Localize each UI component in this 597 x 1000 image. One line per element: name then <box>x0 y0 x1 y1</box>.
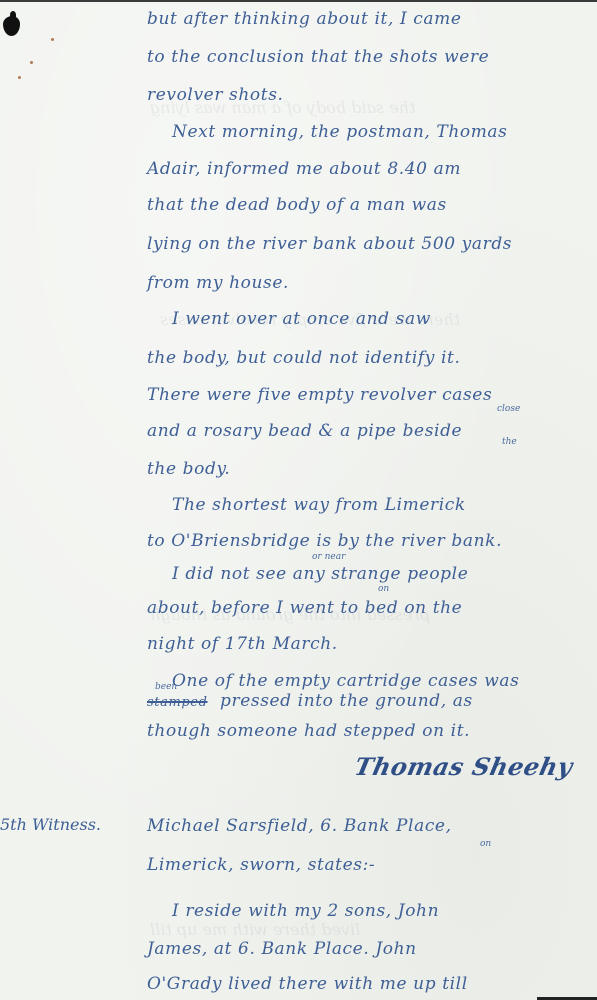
scan-top-edge <box>0 0 597 2</box>
witness-margin-label: 5th Witness. <box>0 815 101 834</box>
show-through-text: lived there with me up till <box>150 920 360 939</box>
statement-line: I did not see any strange people <box>172 566 468 583</box>
statement-line: though someone had stepped on it. <box>147 723 470 740</box>
witness-line: I reside with my 2 sons, John <box>172 903 439 920</box>
struck-word: stamped <box>147 696 208 709</box>
interlinear-note: the <box>502 438 517 447</box>
statement-line: the body, but could not identify it. <box>147 350 460 367</box>
witness-line: Michael Sarsfield, 6. Bank Place, <box>147 818 452 835</box>
signature: Thomas Sheehy <box>352 752 576 781</box>
statement-line: I went over at once and saw <box>172 311 431 328</box>
witness-label-text: 5th Witness. <box>0 815 101 834</box>
statement-line: to O'Briensbridge is by the river bank. <box>147 533 502 550</box>
statement-line: revolver shots. <box>147 87 284 104</box>
ink-blot <box>3 16 20 36</box>
interlinear-note: close <box>497 405 520 414</box>
document-page: the said body of a man was lying there w… <box>0 0 597 1000</box>
statement-line: night of 17th March. <box>147 636 338 653</box>
witness-line: Limerick, sworn, states:- <box>147 857 375 874</box>
statement-line: but after thinking about it, I came <box>147 11 462 28</box>
statement-line: lying on the river bank about 500 yards <box>147 236 512 253</box>
statement-line: The shortest way from Limerick <box>172 497 466 514</box>
statement-line: Next morning, the postman, Thomas <box>172 124 508 141</box>
statement-line: from my house. <box>147 275 289 292</box>
statement-line: One of the empty cartridge cases was <box>172 673 519 690</box>
statement-line: There were five empty revolver cases <box>147 387 492 404</box>
statement-line: about, before I went to bed on the <box>147 600 462 617</box>
statement-line: pressed into the ground, as <box>220 693 473 710</box>
interlinear-note: been <box>155 683 177 692</box>
statement-line: and a rosary bead & a pipe beside <box>147 423 462 440</box>
paper-speck <box>51 38 54 41</box>
witness-line: O'Grady lived there with me up till <box>147 976 468 993</box>
interlinear-note: on <box>378 585 389 594</box>
statement-line: the body. <box>147 461 230 478</box>
statement-line: that the dead body of a man was <box>147 197 447 214</box>
paper-speck <box>30 61 33 64</box>
statement-line: to the conclusion that the shots were <box>147 49 489 66</box>
witness-line: James, at 6. Bank Place. John <box>147 941 417 958</box>
paper-speck <box>18 76 21 79</box>
statement-line: Adair, informed me about 8.40 am <box>147 161 461 178</box>
interlinear-note: or near <box>312 553 345 562</box>
interlinear-note: on <box>480 840 491 849</box>
